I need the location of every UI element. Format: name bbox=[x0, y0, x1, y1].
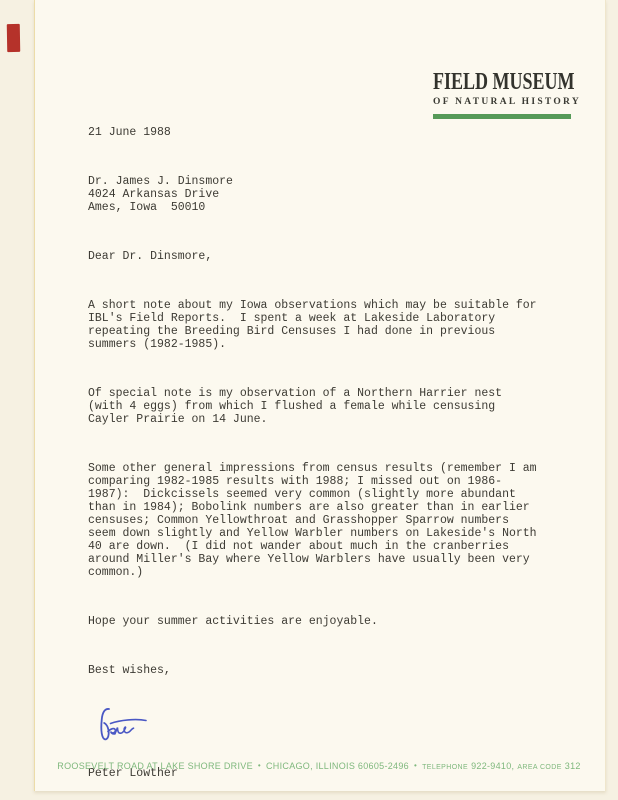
footer-street: ROOSEVELT ROAD AT LAKE SHORE DRIVE bbox=[57, 761, 253, 771]
footer-separator-dot: • bbox=[258, 761, 261, 770]
signature-peter-ink bbox=[92, 707, 158, 741]
paragraph-3: Some other general impressions from cens… bbox=[88, 462, 556, 579]
letter-body: 21 June 1988 Dr. James J. Dinsmore 4024 … bbox=[88, 100, 556, 800]
museum-name: FIELD MUSEUM bbox=[433, 70, 553, 94]
recipient-address: Dr. James J. Dinsmore 4024 Arkansas Driv… bbox=[88, 175, 556, 214]
paragraph-2: Of special note is my observation of a N… bbox=[88, 387, 556, 426]
footer-area-code: 312 bbox=[565, 761, 581, 771]
footer-address-line: ROOSEVELT ROAD AT LAKE SHORE DRIVE•CHICA… bbox=[34, 761, 604, 771]
footer-area-code-label: AREA CODE bbox=[517, 764, 561, 771]
footer-city: CHICAGO, ILLINOIS 60605-2496 bbox=[266, 761, 409, 771]
closing: Best wishes, bbox=[88, 664, 556, 677]
footer-separator-dot: • bbox=[414, 761, 417, 770]
scanned-letter: FIELD MUSEUM OF NATURAL HISTORY 21 June … bbox=[0, 0, 618, 800]
red-tab-marker bbox=[7, 24, 20, 52]
footer-phone-number: 922-9410, bbox=[471, 761, 514, 771]
signature-area bbox=[88, 707, 556, 741]
paragraph-1: A short note about my Iowa observations … bbox=[88, 299, 556, 351]
salutation: Dear Dr. Dinsmore, bbox=[88, 250, 556, 263]
paragraph-4: Hope your summer activities are enjoyabl… bbox=[88, 615, 556, 628]
letter-date: 21 June 1988 bbox=[88, 126, 556, 139]
footer-phone-label: TELEPHONE bbox=[422, 764, 468, 771]
